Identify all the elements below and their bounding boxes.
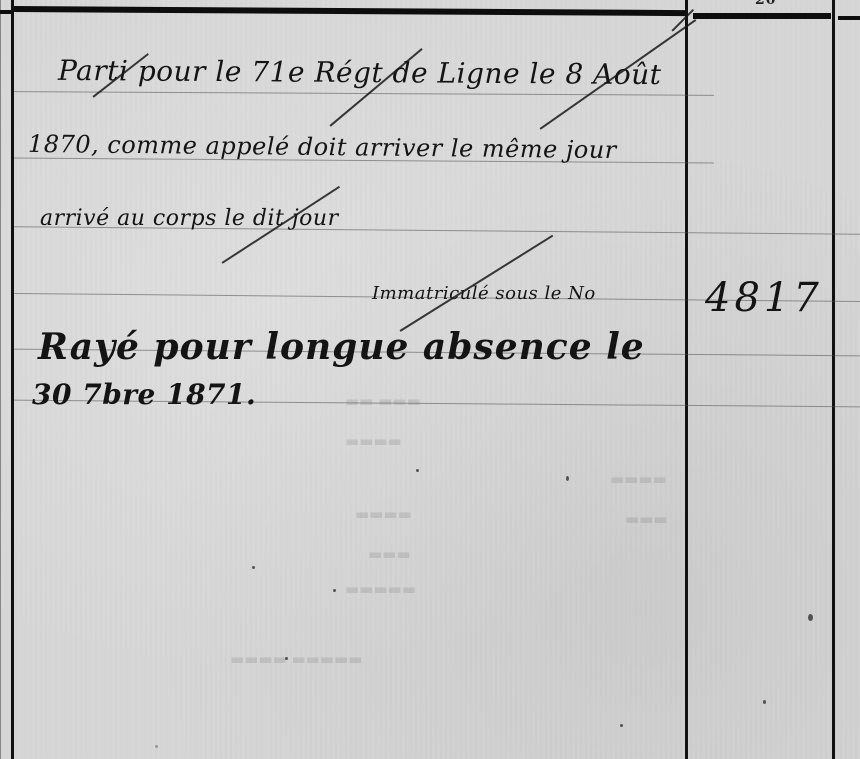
entry-line-6: 30 7bre 1871. — [32, 378, 256, 411]
paper-speck — [566, 476, 569, 481]
top-rule-margin — [0, 10, 11, 14]
top-rule-main-column — [14, 6, 685, 16]
bleed-through-text: ▬▬▬▬ — [345, 432, 402, 450]
top-rule-number-column — [693, 13, 831, 19]
bleed-through-text: ▬▬▬ — [368, 545, 411, 563]
bleed-through-text: ▬▬▬▬ ▬▬▬▬▬ — [230, 650, 362, 668]
left-column-border — [11, 0, 14, 759]
right-column-border — [832, 0, 835, 759]
top-rule-right-margin — [838, 16, 860, 20]
register-page: 20 Parti pour le 71e Régt de Ligne le 8 … — [0, 0, 860, 759]
paper-speck — [620, 724, 623, 727]
page-edge-line — [0, 0, 1, 759]
entry-line-3: arrivé au corps le dit jour — [40, 206, 339, 231]
paper-speck — [333, 589, 336, 592]
page-number: 20 — [755, 0, 776, 8]
paper-speck — [808, 614, 813, 621]
middle-column-border — [685, 0, 688, 759]
paper-speck — [155, 745, 158, 748]
paper-speck — [252, 566, 255, 569]
paper-speck — [763, 700, 766, 704]
entry-line-1: Parti pour le 71e Régt de Ligne le 8 Aoû… — [58, 54, 662, 91]
registration-number: 4817 — [705, 275, 823, 321]
bleed-through-text: ▬▬▬ — [625, 510, 668, 528]
bleed-through-text: ▬▬▬▬ — [355, 505, 412, 523]
entry-line-4: Immatriculé sous le No — [372, 283, 596, 304]
bleed-through-text: ▬▬▬▬ — [610, 470, 667, 488]
bleed-through-text: ▬▬ ▬▬▬ — [345, 392, 421, 410]
paper-speck — [416, 469, 419, 472]
bleed-through-text: ▬▬▬▬▬ — [345, 580, 416, 598]
entry-line-5: Rayé pour longue absence le — [38, 326, 645, 368]
paper-speck — [285, 657, 288, 660]
